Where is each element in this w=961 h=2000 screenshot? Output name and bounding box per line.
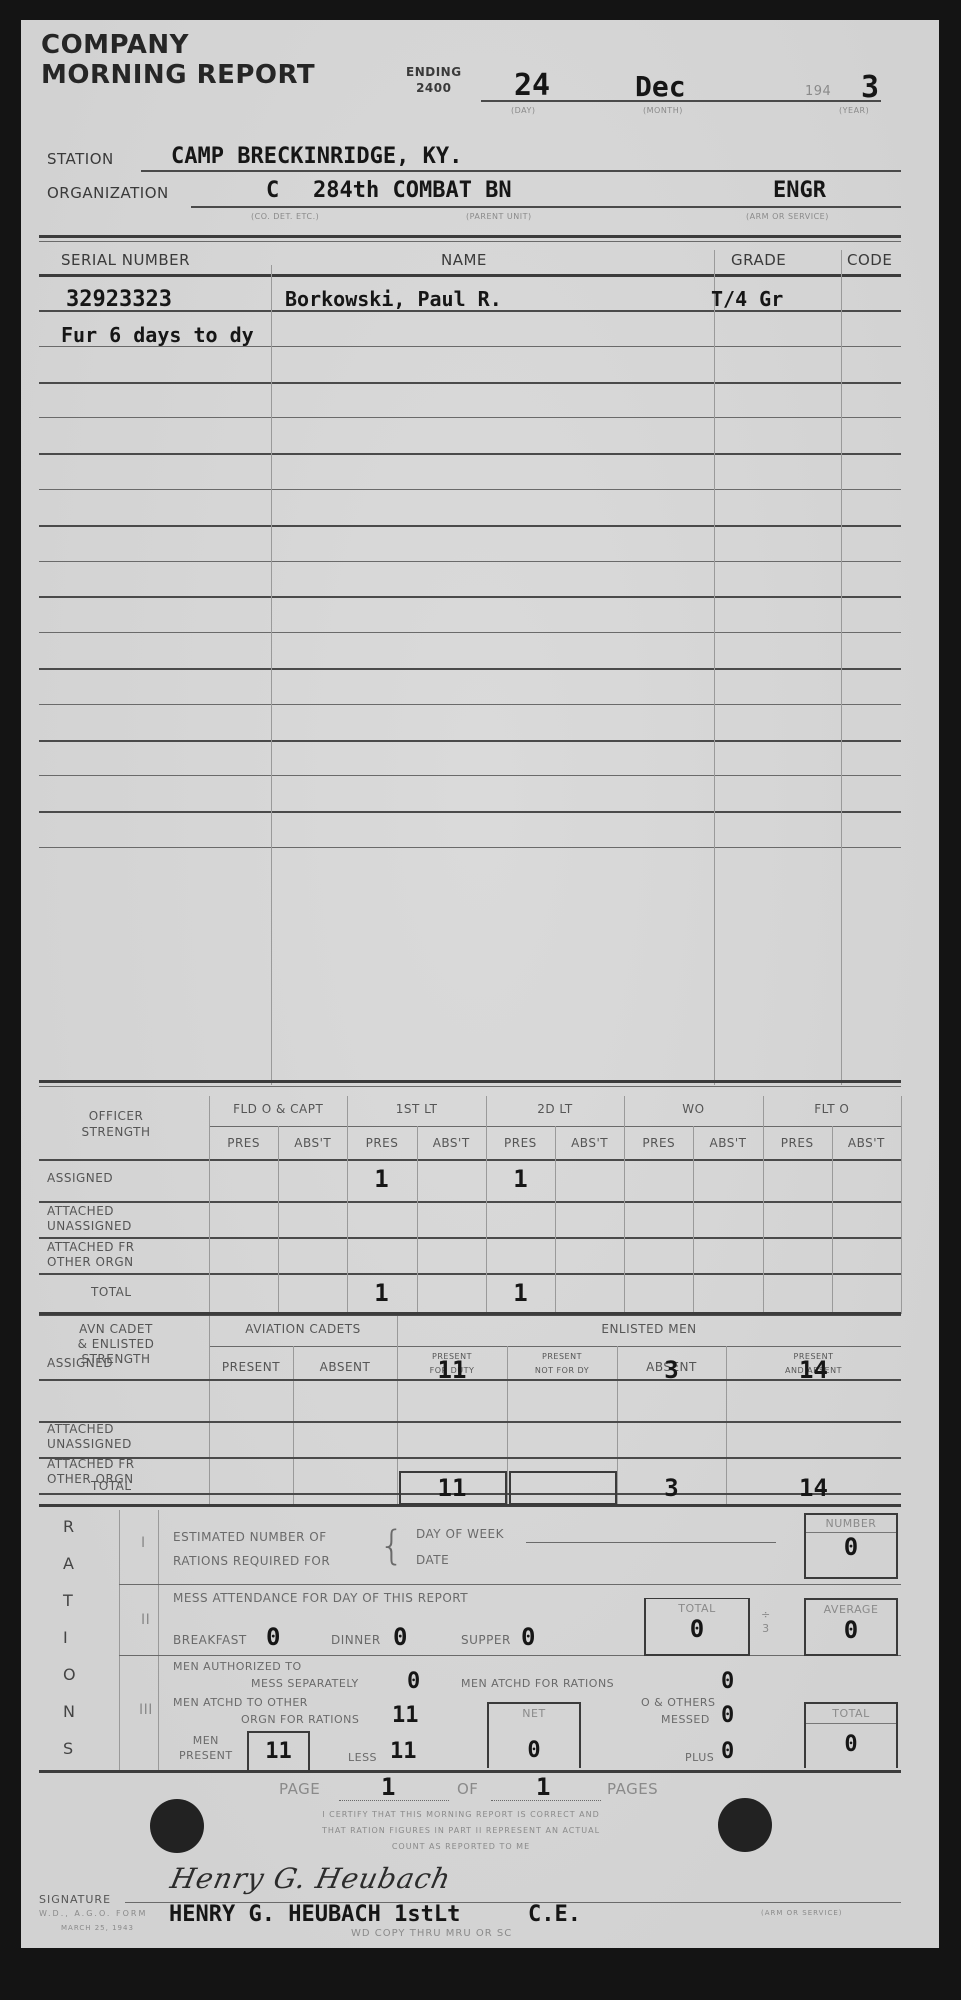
net-value[interactable]: 0 [489,1738,579,1763]
men-present-value[interactable]: 11 [249,1739,308,1764]
officer-row-label-1: TOTAL [91,1285,132,1300]
officer-cell[interactable]: 1 [347,1279,416,1307]
entries-bottom-line-thin [39,1086,901,1087]
rations-letter: R [63,1517,75,1536]
officer-row-line [39,1273,901,1275]
average-value[interactable]: 0 [806,1616,896,1644]
enlisted-row-label: TOTAL [91,1479,132,1494]
officer-row-label-1: ATTACHED [47,1204,132,1219]
others-messed-value[interactable]: 0 [721,1703,734,1728]
entry-rule-line [39,525,901,527]
atchd-other-value[interactable]: 11 [392,1703,419,1728]
breakfast-value[interactable]: 0 [266,1623,280,1651]
date-label: DATE [416,1553,449,1567]
officer-group-header: FLD O & CAPT [209,1102,347,1116]
enlisted-row-line [39,1457,901,1459]
report-year[interactable]: 3 [861,70,879,105]
form-number: W.D., A.G.O. FORM [39,1909,147,1918]
officer-row-label: ASSIGNED [47,1171,113,1186]
officer-subcol-header: ABS'T [278,1136,347,1150]
officer-row-label-2: UNASSIGNED [47,1219,132,1234]
officer-subcol-header: ABS'T [417,1136,486,1150]
rations-letter: A [63,1554,74,1573]
organization-label: ORGANIZATION [47,184,169,202]
enlisted-subcol-l1: ABSENT [293,1360,397,1374]
enlisted-col-divider [507,1346,508,1504]
divide-icon: ÷ [761,1608,771,1622]
enlisted-cell[interactable]: 11 [397,1356,507,1384]
officer-cell[interactable]: 1 [347,1165,416,1193]
enlisted-cell[interactable]: 14 [726,1356,901,1384]
enlisted-col-divider [209,1316,210,1504]
certify-line-2: THAT RATION FIGURES IN PART II REPRESENT… [241,1823,681,1839]
men-present-label-2: PRESENT [179,1748,233,1763]
officer-col-divider [278,1126,279,1314]
officer-row-label-2: OTHER ORGN [47,1255,135,1270]
officer-subcol-header: PRES [209,1136,278,1150]
officer-row-label: ATTACHED FROTHER ORGN [47,1240,135,1270]
others-messed-label-2: MESSED [661,1713,710,1726]
entries-col-divider-code [841,250,842,1085]
officer-subcol-header: PRES [624,1136,693,1150]
enlisted-title-1: AVN CADET [41,1322,191,1337]
officer-row-label: ATTACHEDUNASSIGNED [47,1204,132,1234]
supper-label: SUPPER [461,1633,511,1647]
officer-row-label: TOTAL [91,1285,132,1300]
total-label: TOTAL [646,1599,748,1615]
entry-rule-line [39,811,901,813]
officer-col-divider [417,1126,418,1314]
rations-row-divider-1 [119,1584,901,1585]
entry-grade[interactable]: T/4 Gr [711,287,783,311]
rations-letter: S [63,1739,74,1758]
page-label: PAGE [279,1780,320,1798]
officer-col-divider [209,1096,210,1314]
parent-unit-value[interactable]: 284th COMBAT BN [313,178,512,203]
officer-row-line [39,1201,901,1203]
rations-bottom-line [39,1770,901,1773]
year-caption: (YEAR) [839,106,869,115]
officer-subcol-header: ABS'T [555,1136,624,1150]
signer-arm-service-caption: (ARM OR SERVICE) [761,1909,843,1917]
section-1-label-2: RATIONS REQUIRED FOR [173,1549,330,1573]
ending-label: ENDING 2400 [406,64,462,96]
entries-header-line [39,274,901,277]
station-value[interactable]: CAMP BRECKINRIDGE, KY. [171,144,462,169]
pages-label: PAGES [607,1780,658,1798]
entry-rule-line [39,775,901,776]
punch-hole-left [150,1799,204,1853]
enlisted-cell[interactable]: 14 [726,1474,901,1502]
entry-rule-line [39,740,901,742]
total-present-not-duty-box [509,1471,617,1505]
section-3-total-value[interactable]: 0 [806,1732,896,1757]
mess-separately-label-1: MEN AUTHORIZED TO [173,1660,302,1673]
ending-text: ENDING [406,64,462,80]
signer-service[interactable]: C.E. [528,1902,581,1927]
dinner-label: DINNER [331,1633,381,1647]
total-box: TOTAL 0 [644,1598,750,1656]
rations-divider-2 [158,1510,159,1770]
entry-rule-line [39,561,901,562]
brace-icon: { [379,1520,404,1572]
company-caption: (CO. DET. ETC.) [251,212,319,221]
enlisted-subcol-header: PRESENT [209,1360,293,1374]
rations-letter: N [63,1702,75,1721]
entry-rule-line [39,847,901,848]
officer-row-label-1: ATTACHED FR [47,1240,135,1255]
mess-separately-value[interactable]: 0 [407,1669,420,1694]
average-box: AVERAGE 0 [804,1598,898,1656]
entry-rule-line [39,632,901,633]
enlisted-row-label-1: ASSIGNED [47,1356,113,1371]
organization-underline [191,206,901,208]
total-pages[interactable]: 1 [536,1773,550,1801]
officer-subcol-header: ABS'T [693,1136,762,1150]
form-title: COMPANY MORNING REPORT [41,30,315,90]
atchd-other-label-2: ORGN FOR RATIONS [241,1713,359,1726]
enlisted-group-divider [209,1346,901,1347]
entry-rule-line [39,453,901,455]
officer-row-line [39,1237,901,1239]
officer-col-divider [901,1096,902,1314]
officer-row-line [39,1159,901,1161]
officer-group-header: 2D LT [486,1102,624,1116]
officer-col-divider [693,1126,694,1314]
signature-label: SIGNATURE [39,1893,111,1906]
certification-text: I CERTIFY THAT THIS MORNING REPORT IS CO… [241,1807,681,1855]
handwritten-signature[interactable]: Henry G. Heubach [167,1862,454,1895]
atchd-other-label-1: MEN ATCHD TO OTHER [173,1696,308,1709]
col-serial-number: SERIAL NUMBER [61,251,190,269]
form-date: MARCH 25, 1943 [61,1924,134,1932]
entry-serial[interactable]: 32923323 [66,287,172,312]
officer-strength-title: OFFICERSTRENGTH [41,1108,191,1140]
arm-service-value[interactable]: ENGR [773,178,826,203]
section-1-label-1: ESTIMATED NUMBER OF [173,1525,330,1549]
officer-group-header: FLT O [763,1102,901,1116]
officer-subcol-header: PRES [486,1136,555,1150]
year-prefix: 194 [805,84,831,99]
punch-hole-right [718,1798,772,1852]
section-3-numeral: III [139,1702,153,1718]
number-box: NUMBER 0 [804,1513,898,1579]
entry-rule-line [39,596,901,598]
entry-rule-line [39,382,901,384]
officer-title-1: OFFICER [41,1108,191,1124]
enlisted-subcol-l1: PRESENT [507,1350,617,1364]
report-month[interactable]: Dec [635,70,686,103]
number-value[interactable]: 0 [806,1533,896,1561]
supper-value[interactable]: 0 [521,1623,535,1651]
enlisted-top-line [39,1312,901,1315]
header-divider-thin [39,241,901,242]
dinner-value[interactable]: 0 [393,1623,407,1651]
officer-cell[interactable]: 1 [486,1279,555,1307]
day-of-week-label: DAY OF WEEK [416,1527,504,1541]
day-caption: (DAY) [511,106,536,115]
enlisted-row-label: ASSIGNED [47,1356,113,1371]
rations-letter: O [63,1665,76,1684]
entry-rule-line [39,704,901,705]
others-messed-label-1: O & OTHERS [641,1696,715,1709]
officer-subcol-header: PRES [763,1136,832,1150]
entry-rule-line [39,668,901,670]
enlisted-subcol-header: PRESENTNOT FOR DY [507,1350,617,1378]
divide-by-three: ÷ 3 [761,1608,771,1636]
station-label: STATION [47,150,114,168]
men-present-label: MEN PRESENT [179,1733,233,1763]
rations-divider-1 [119,1510,120,1770]
enlisted-men-header: ENLISTED MEN [397,1322,901,1336]
day-of-week-line [526,1542,776,1543]
divide-by-value: 3 [761,1622,771,1636]
officer-col-divider [555,1126,556,1314]
col-grade: GRADE [731,251,786,269]
number-label: NUMBER [806,1515,896,1533]
section-3-total-box: TOTAL 0 [804,1702,898,1768]
enlisted-subcol-l1: PRESENT [209,1360,293,1374]
parent-unit-caption: (PARENT UNIT) [466,212,532,221]
month-caption: (MONTH) [643,106,683,115]
enlisted-row-label-1: TOTAL [91,1479,132,1494]
enlisted-subcol-header: ABSENT [293,1360,397,1374]
arm-service-caption: (ARM OR SERVICE) [746,212,829,221]
section-1-label: ESTIMATED NUMBER OF RATIONS REQUIRED FOR [173,1525,330,1573]
entry-rule-line [39,489,901,490]
net-box: NET 0 [487,1702,581,1768]
aviation-cadets-header: AVIATION CADETS [209,1322,397,1336]
rations-letter: I [63,1628,68,1647]
entry-remark[interactable]: Fur 6 days to dy [61,323,254,347]
breakfast-label: BREAKFAST [173,1633,247,1647]
copy-note: WD COPY THRU MRU OR SC [351,1928,512,1939]
officer-subcol-header: PRES [347,1136,416,1150]
section-2-numeral: II [141,1612,150,1628]
men-atchd-rations-value[interactable]: 0 [721,1669,734,1694]
rations-row-divider-2 [119,1655,901,1656]
company-value[interactable]: C [266,178,279,203]
officer-group-header: 1ST LT [347,1102,485,1116]
title-line-1: COMPANY [41,30,315,60]
enlisted-cell[interactable]: 3 [617,1474,726,1502]
certify-line-3: COUNT AS REPORTED TO ME [241,1839,681,1855]
station-underline [141,170,901,172]
section-3-total-label: TOTAL [806,1704,896,1724]
mess-attendance-title: MESS ATTENDANCE FOR DAY OF THIS REPORT [173,1591,468,1605]
entries-col-divider-name [271,265,272,1085]
of-label: OF [457,1780,478,1798]
plus-label: PLUS [685,1751,714,1764]
report-day[interactable]: 24 [514,68,550,103]
entry-name[interactable]: Borkowski, Paul R. [285,287,502,311]
officer-row-label-1: ASSIGNED [47,1171,113,1186]
officer-col-divider [832,1126,833,1314]
signer-name-typed[interactable]: HENRY G. HEUBACH 1stLt [169,1902,460,1927]
enlisted-cell[interactable]: 11 [397,1474,507,1502]
officer-col-divider [763,1096,764,1314]
entries-bottom-line [39,1080,901,1083]
certify-line-1: I CERTIFY THAT THIS MORNING REPORT IS CO… [241,1807,681,1823]
enlisted-subcol-l2: NOT FOR DY [507,1364,617,1378]
men-present-box: 11 [247,1731,310,1770]
col-name: NAME [441,251,487,269]
less-value[interactable]: 11 [390,1739,417,1764]
enlisted-cell[interactable]: 3 [617,1356,726,1384]
average-label: AVERAGE [806,1600,896,1616]
header-divider [39,235,901,238]
enlisted-title-2: & ENLISTED [41,1337,191,1352]
net-label: NET [489,1704,579,1720]
ending-time: 2400 [406,80,462,96]
title-line-2: MORNING REPORT [41,60,315,90]
less-label: LESS [348,1751,377,1764]
entries-col-divider-grade [714,250,715,1085]
mess-separately-label-2: MESS SEPARATELY [251,1677,359,1690]
section-1-numeral: I [141,1535,146,1551]
enlisted-row-line [39,1421,901,1423]
page-number[interactable]: 1 [381,1773,395,1801]
officer-cell[interactable]: 1 [486,1165,555,1193]
enlisted-row-label-2: UNASSIGNED [47,1437,132,1452]
morning-report-form: COMPANY MORNING REPORT ENDING 2400 24 (D… [21,20,939,1948]
total-value[interactable]: 0 [646,1615,748,1643]
officer-subcol-header: ABS'T [832,1136,901,1150]
enlisted-row-label-1: ATTACHED FR [47,1457,135,1472]
officer-col-divider [624,1096,625,1314]
men-atchd-rations-label: MEN ATCHD FOR RATIONS [461,1677,614,1690]
enlisted-col-divider [293,1346,294,1504]
officer-group-header: WO [624,1102,762,1116]
col-code: CODE [847,251,892,269]
rations-letter: T [63,1591,73,1610]
plus-value[interactable]: 0 [721,1739,734,1764]
enlisted-row-label-1: ATTACHED [47,1422,132,1437]
officer-title-2: STRENGTH [41,1124,191,1140]
entry-rule-line [39,417,901,418]
enlisted-row-label: ATTACHEDUNASSIGNED [47,1422,132,1452]
men-present-label-1: MEN [179,1733,233,1748]
